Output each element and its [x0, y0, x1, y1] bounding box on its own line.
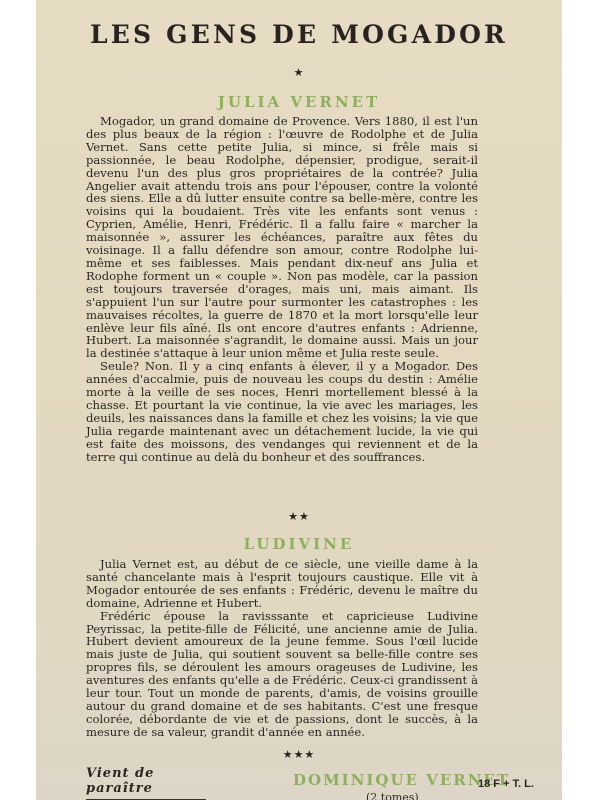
- section-heading-ludivine: LUDIVINE: [36, 535, 562, 553]
- paragraph: Seule? Non. Il y a cinq enfants à élever…: [86, 360, 478, 463]
- section-body-ludivine: Julia Vernet est, au début de ce siècle,…: [86, 558, 478, 739]
- new-release-label: Vient de paraître: [86, 766, 206, 800]
- paragraph: Mogador, un grand domaine de Provence. V…: [86, 115, 478, 360]
- section-body-julia-vernet: Mogador, un grand domaine de Provence. V…: [86, 115, 478, 463]
- page-title: LES GENS DE MOGADOR: [36, 20, 562, 49]
- book-page: LES GENS DE MOGADOR ★ JULIA VERNET Mogad…: [36, 0, 562, 800]
- section-marker-star-icon: ★: [36, 66, 562, 79]
- section-marker-star-icon: ★★★: [36, 748, 562, 761]
- section-marker-star-icon: ★★: [36, 510, 562, 523]
- volume-count: (2 tomes): [366, 791, 419, 800]
- section-heading-julia-vernet: JULIA VERNET: [36, 93, 562, 111]
- price-label: 18 F + T. L.: [478, 778, 534, 790]
- paragraph: Julia Vernet est, au début de ce siècle,…: [86, 558, 478, 610]
- paragraph: Frédéric épouse la ravisssante et capric…: [86, 610, 478, 739]
